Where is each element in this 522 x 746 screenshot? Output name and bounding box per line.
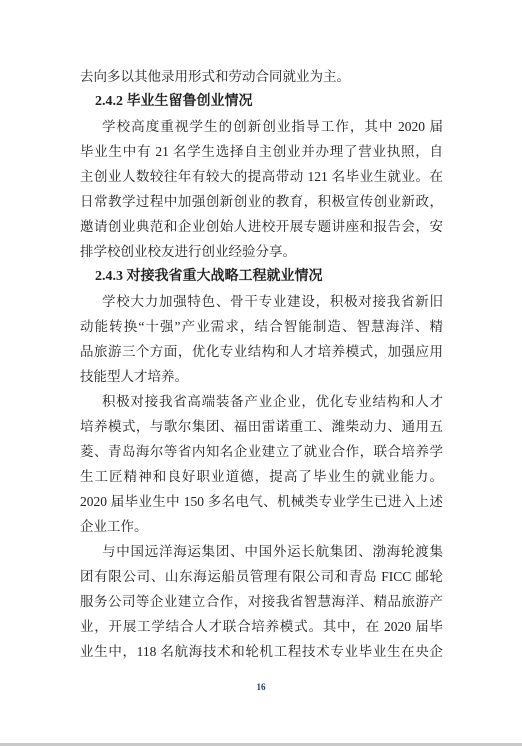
body-line: 生工匠精神和良好职业道德，提高了毕业生的就业能力。 — [80, 464, 443, 489]
body-line: 动能转换“十强”产业需求，结合智能制造、智慧海洋、精 — [80, 314, 443, 339]
body-line: 排学校创业校友进行创业经验分享。 — [80, 239, 443, 264]
body-line: 主创业人数较往年有较大的提高带动 121 名毕业生就业。在 — [80, 164, 443, 189]
body-line: 去向多以其他录用形式和劳动合同就业为主。 — [80, 64, 443, 89]
body-line: 服务公司等企业建立合作，对接我省智慧海洋、精品旅游产 — [80, 589, 443, 614]
body-line: 积极对接我省高端装备产业企业，优化专业结构和人才 — [80, 389, 443, 414]
body-line: 业生中，118 名航海技术和轮机工程技术专业毕业生在央企 — [80, 639, 443, 664]
body-line: 培养模式，与歌尔集团、福田雷诺重工、潍柴动力、通用五 — [80, 414, 443, 439]
page-number: 16 — [0, 682, 522, 692]
body-line: 毕业生中有 21 名学生选择自主创业并办理了营业执照，自 — [80, 139, 443, 164]
text-block: 去向多以其他录用形式和劳动合同就业为主。2.4.2 毕业生留鲁创业情况学校高度重… — [80, 64, 443, 664]
section-heading: 2.4.2 毕业生留鲁创业情况 — [80, 89, 443, 114]
body-line: 技能型人才培养。 — [80, 364, 443, 389]
body-line: 品旅游三个方面，优化专业结构和人才培养模式，加强应用 — [80, 339, 443, 364]
body-line: 学校大力加强特色、骨干专业建设，积极对接我省新旧 — [80, 289, 443, 314]
body-line: 学校高度重视学生的创新创业指导工作，其中 2020 届 — [80, 114, 443, 139]
section-heading: 2.4.3 对接我省重大战略工程就业情况 — [80, 264, 443, 289]
document-page: 去向多以其他录用形式和劳动合同就业为主。2.4.2 毕业生留鲁创业情况学校高度重… — [0, 0, 522, 746]
body-line: 2020 届毕业生中 150 多名电气、机械类专业学生已进入上述 — [80, 489, 443, 514]
body-line: 企业工作。 — [80, 514, 443, 539]
body-line: 业，开展工学结合人才联合培养模式。其中，在 2020 届毕 — [80, 614, 443, 639]
body-line: 邀请创业典范和企业创始人进校开展专题讲座和报告会，安 — [80, 214, 443, 239]
body-line: 团有限公司、山东海运船员管理有限公司和青岛 FICC 邮轮 — [80, 564, 443, 589]
body-line: 日常教学过程中加强创新创业的教育，积极宣传创业新政， — [80, 189, 443, 214]
body-line: 菱、青岛海尔等省内知名企业建立了就业合作，联合培养学 — [80, 439, 443, 464]
body-line: 与中国远洋海运集团、中国外运长航集团、渤海轮渡集 — [80, 539, 443, 564]
